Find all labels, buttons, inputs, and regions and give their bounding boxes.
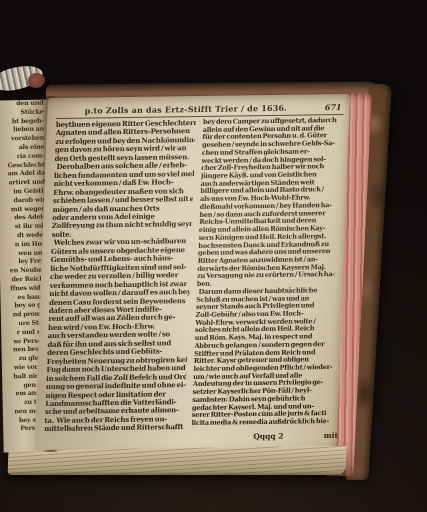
- spine-headband-cap: [27, 72, 46, 90]
- running-title: p.to Zolls an das Ertz-Stifft Trier / de…: [60, 102, 312, 116]
- text-columns: beythuen eigenen Ritter GeschlechternAgn…: [44, 117, 343, 434]
- catchword: mit: [324, 431, 339, 440]
- signature-line: Qqqq 2 mit: [196, 431, 341, 442]
- page-number: 671: [311, 102, 341, 112]
- text-line: licita media & remedia außdrücklich hie-: [191, 418, 331, 428]
- text-column-right: bey dero Camper zu uffgesetzt, dadurchal…: [191, 117, 343, 432]
- signature-mark: Qqqq 2: [253, 431, 283, 440]
- text-column-left: beythuen eigenen Ritter GeschlechternAgn…: [44, 119, 196, 434]
- book-photo-scene: den undStückeht begeh-lieben anvorstehen…: [0, 0, 427, 512]
- right-page: p.to Zolls an das Ertz-Stifft Trier / de…: [34, 94, 350, 450]
- book-bottom-edge: [7, 446, 346, 475]
- text-line: mittelbahren Stände und Ritterschafft: [44, 423, 184, 433]
